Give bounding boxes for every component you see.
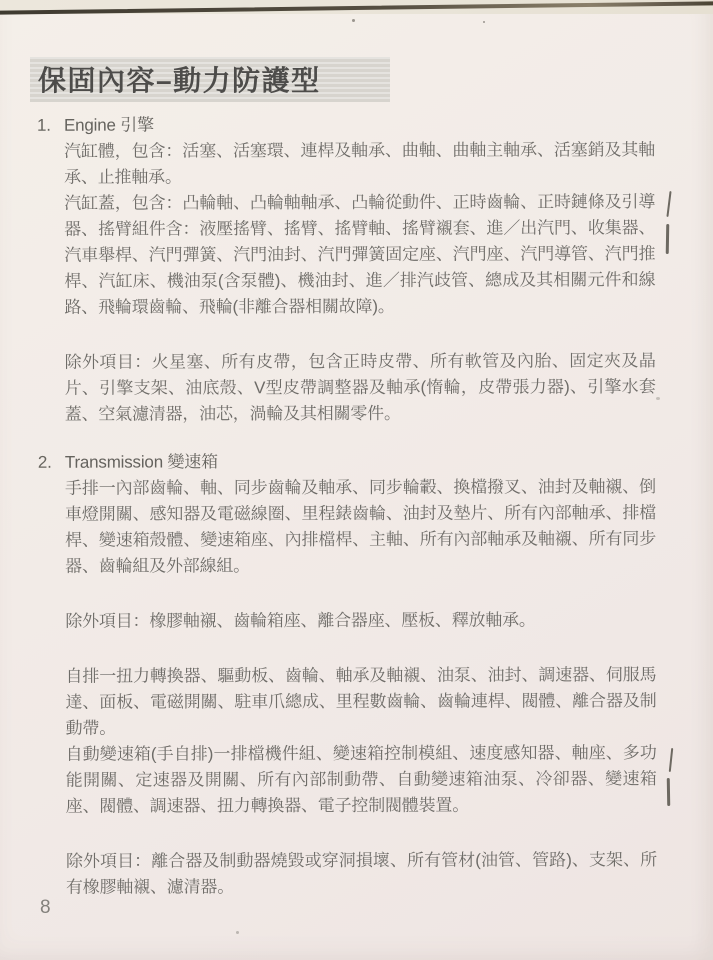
paragraph-transmission-exclusions: 除外項目：離合器及制動器燒毀或穿洞損壞、所有管材(油管、管路)、支架、所有橡膠軸… [66,847,657,901]
section-number: 1. [37,113,65,428]
section-engine: 1. Engine 引擎 汽缸體，包含：活塞、活塞環、連桿及軸承、曲軸、曲軸主軸… [37,111,656,428]
section-heading-transmission: Transmission 變速箱 [65,448,656,476]
document-body: 1. Engine 引擎 汽缸體，包含：活塞、活塞環、連桿及軸承、曲軸、曲軸主軸… [37,111,657,901]
ink-mark [669,748,673,772]
ink-mark [667,778,670,806]
page-number: 8 [40,897,52,919]
paragraph-engine-exclusions: 除外項目：火星塞、所有皮帶，包含正時皮帶、所有軟管及內胎、固定夾及晶片、引擎支架… [65,348,656,428]
paragraph-manual-transmission: 手排一內部齒輪、軸、同步齒輪及軸承、同步輪轂、換檔撥叉、油封及軸襯、倒車燈開關、… [65,474,656,580]
scan-speck [656,397,660,400]
section-transmission: 2. Transmission 變速箱 手排一內部齒輪、軸、同步齒輪及軸承、同步… [38,448,657,901]
scan-speck [352,19,355,22]
paragraph-manual-exclusions: 除外項目：橡膠軸襯、齒輪箱座、離合器座、壓板、釋放軸承。 [65,607,656,635]
paragraph-auto-transmission: 自排一扭力轉換器、驅動板、齒輪、軸承及軸襯、油泵、油封、調速器、伺服馬達、面板、… [65,662,656,742]
scanned-document-page: 保固內容–動力防護型 1. Engine 引擎 汽缸體，包含：活塞、活塞環、連桿… [0,0,713,960]
section-number: 2. [38,450,66,901]
ink-mark [666,191,671,217]
title-highlight-band: 保固內容–動力防護型 [30,57,390,102]
section-heading-engine: Engine 引擎 [64,111,655,139]
scan-speck [236,931,239,934]
scan-speck [483,21,485,23]
paragraph-cylinder-block: 汽缸體，包含：活塞、活塞環、連桿及軸承、曲軸、曲軸主軸承、活塞銷及其軸承、止推軸… [64,137,655,191]
ink-mark [666,224,669,254]
page-title: 保固內容–動力防護型 [30,59,321,101]
paragraph-cylinder-head: 汽缸蓋，包含：凸輪軸、凸輪軸軸承、凸輪從動件、正時齒輪、正時鏈條及引導器、搖臂組… [64,189,655,321]
paragraph-auto-manual-transmission: 自動變速箱(手自排)一排檔機件組、變速箱控制模組、速度感知器、軸座、多功能開關、… [66,740,657,820]
